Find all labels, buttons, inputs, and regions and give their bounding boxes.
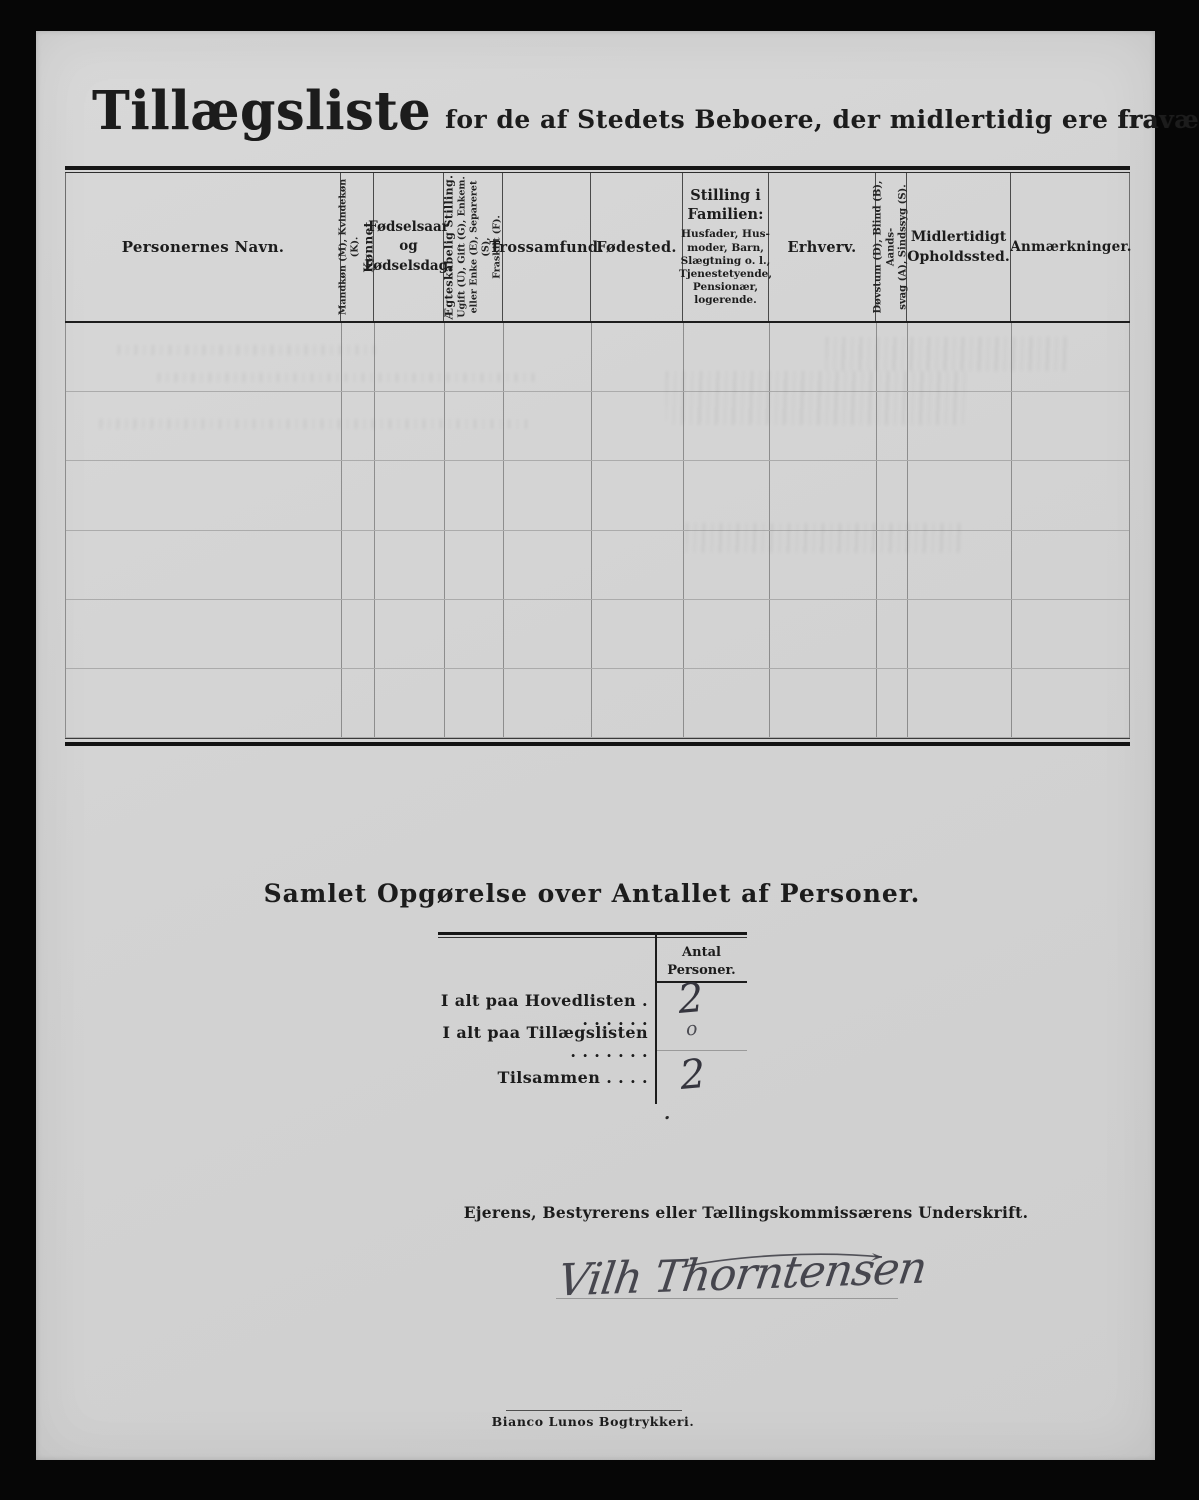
printer-mark: Bianco Lunos Bogtrykkeri. [443, 1414, 743, 1429]
summary-title: Samlet Opgørelse over Antallet af Person… [192, 879, 992, 908]
summary-value-hovedlisten-handwritten: 2 [676, 975, 705, 1023]
column-header-disability: Døvstum (D), Blind (B), Aands- svag (A),… [876, 173, 907, 321]
census-table-header-row: Personernes Navn. Mandkøn (M), Kvindekøn… [65, 173, 1130, 321]
summary-row-label-tilsammen: Tilsammen . . . . [438, 1068, 648, 1087]
table-row [66, 669, 1129, 738]
column-header-faith: Trossamfund. [503, 173, 591, 321]
summary-top-rule [438, 932, 747, 938]
signature-caption: Ejerens, Bestyrerens eller Tællingskommi… [446, 1203, 1046, 1222]
column-header-birthdate: Fødselsaar og Fødselsdag. [374, 173, 444, 321]
signature-underline [556, 1298, 898, 1299]
column-header-family-detail: Husfader, Hus- moder, Barn, Slægtning o.… [679, 228, 772, 307]
stray-ink-mark: . [664, 1103, 670, 1124]
document-title-main: Tillægsliste [92, 79, 431, 142]
signature-flourish-stroke [680, 1249, 896, 1271]
column-header-disability-label: Døvstum (D), Blind (B), Aands- svag (A),… [872, 174, 910, 320]
column-header-family-position: Stilling i Familien: Husfader, Hus- mode… [683, 173, 769, 321]
table-top-rule [65, 166, 1130, 173]
column-header-marital-title: Ægteskabelig Stilling. [442, 174, 456, 320]
column-header-disability-rotated: Døvstum (D), Blind (B), Aands- svag (A),… [872, 174, 910, 320]
column-header-faith-label: Trossamfund. [489, 239, 603, 256]
document-title-subtitle: for de af Stedets Beboere, der midlertid… [445, 105, 1108, 134]
printer-mark-rule [506, 1410, 682, 1411]
column-header-remarks-label: Anmærkninger. [1010, 239, 1131, 255]
table-row [66, 392, 1129, 461]
census-table: Personernes Navn. Mandkøn (M), Kvindekøn… [65, 166, 1130, 746]
column-header-name-label: Personernes Navn. [122, 238, 285, 256]
column-header-name: Personernes Navn. [66, 173, 341, 321]
column-header-sex-detail: Mandkøn (M), Kvindekøn (K). [338, 174, 362, 320]
summary-table: Antal Personer. I alt paa Hovedlisten . … [438, 932, 747, 1104]
summary-column-header: Antal Personer. [656, 944, 747, 980]
column-header-occupation-label: Erhverv. [788, 239, 857, 256]
column-header-temporary-residence: Midlertidigt Opholdssted. [907, 173, 1011, 321]
census-table-body [65, 323, 1130, 738]
summary-value-tillaegslisten-handwritten: o [685, 1018, 698, 1041]
document-title: Tillægsliste for de af Stedets Beboere, … [92, 81, 1199, 140]
summary-row-label-tillaegslisten: I alt paa Tillægslisten . . . . . . . [438, 1023, 648, 1061]
column-header-family-title: Stilling i Familien: [679, 187, 772, 225]
table-row [66, 323, 1129, 392]
column-header-occupation: Erhverv. [769, 173, 876, 321]
column-header-birthdate-label: Fødselsaar og Fødselsdag. [364, 218, 453, 277]
column-header-birthplace-label: Fødested. [596, 239, 677, 256]
table-row [66, 461, 1129, 530]
table-bottom-rule [65, 738, 1130, 746]
scanned-census-page: Tillægsliste for de af Stedets Beboere, … [36, 31, 1155, 1460]
summary-value-tilsammen-handwritten: 2 [678, 1051, 707, 1099]
column-header-remarks: Anmærkninger. [1011, 173, 1131, 321]
table-row [66, 531, 1129, 600]
column-header-birthplace: Fødested. [591, 173, 683, 321]
table-row [66, 600, 1129, 669]
document-title-subtitle-emphasis: fraværende. [1117, 105, 1199, 134]
column-header-temporary-residence-label: Midlertidigt Opholdssted. [907, 227, 1009, 268]
